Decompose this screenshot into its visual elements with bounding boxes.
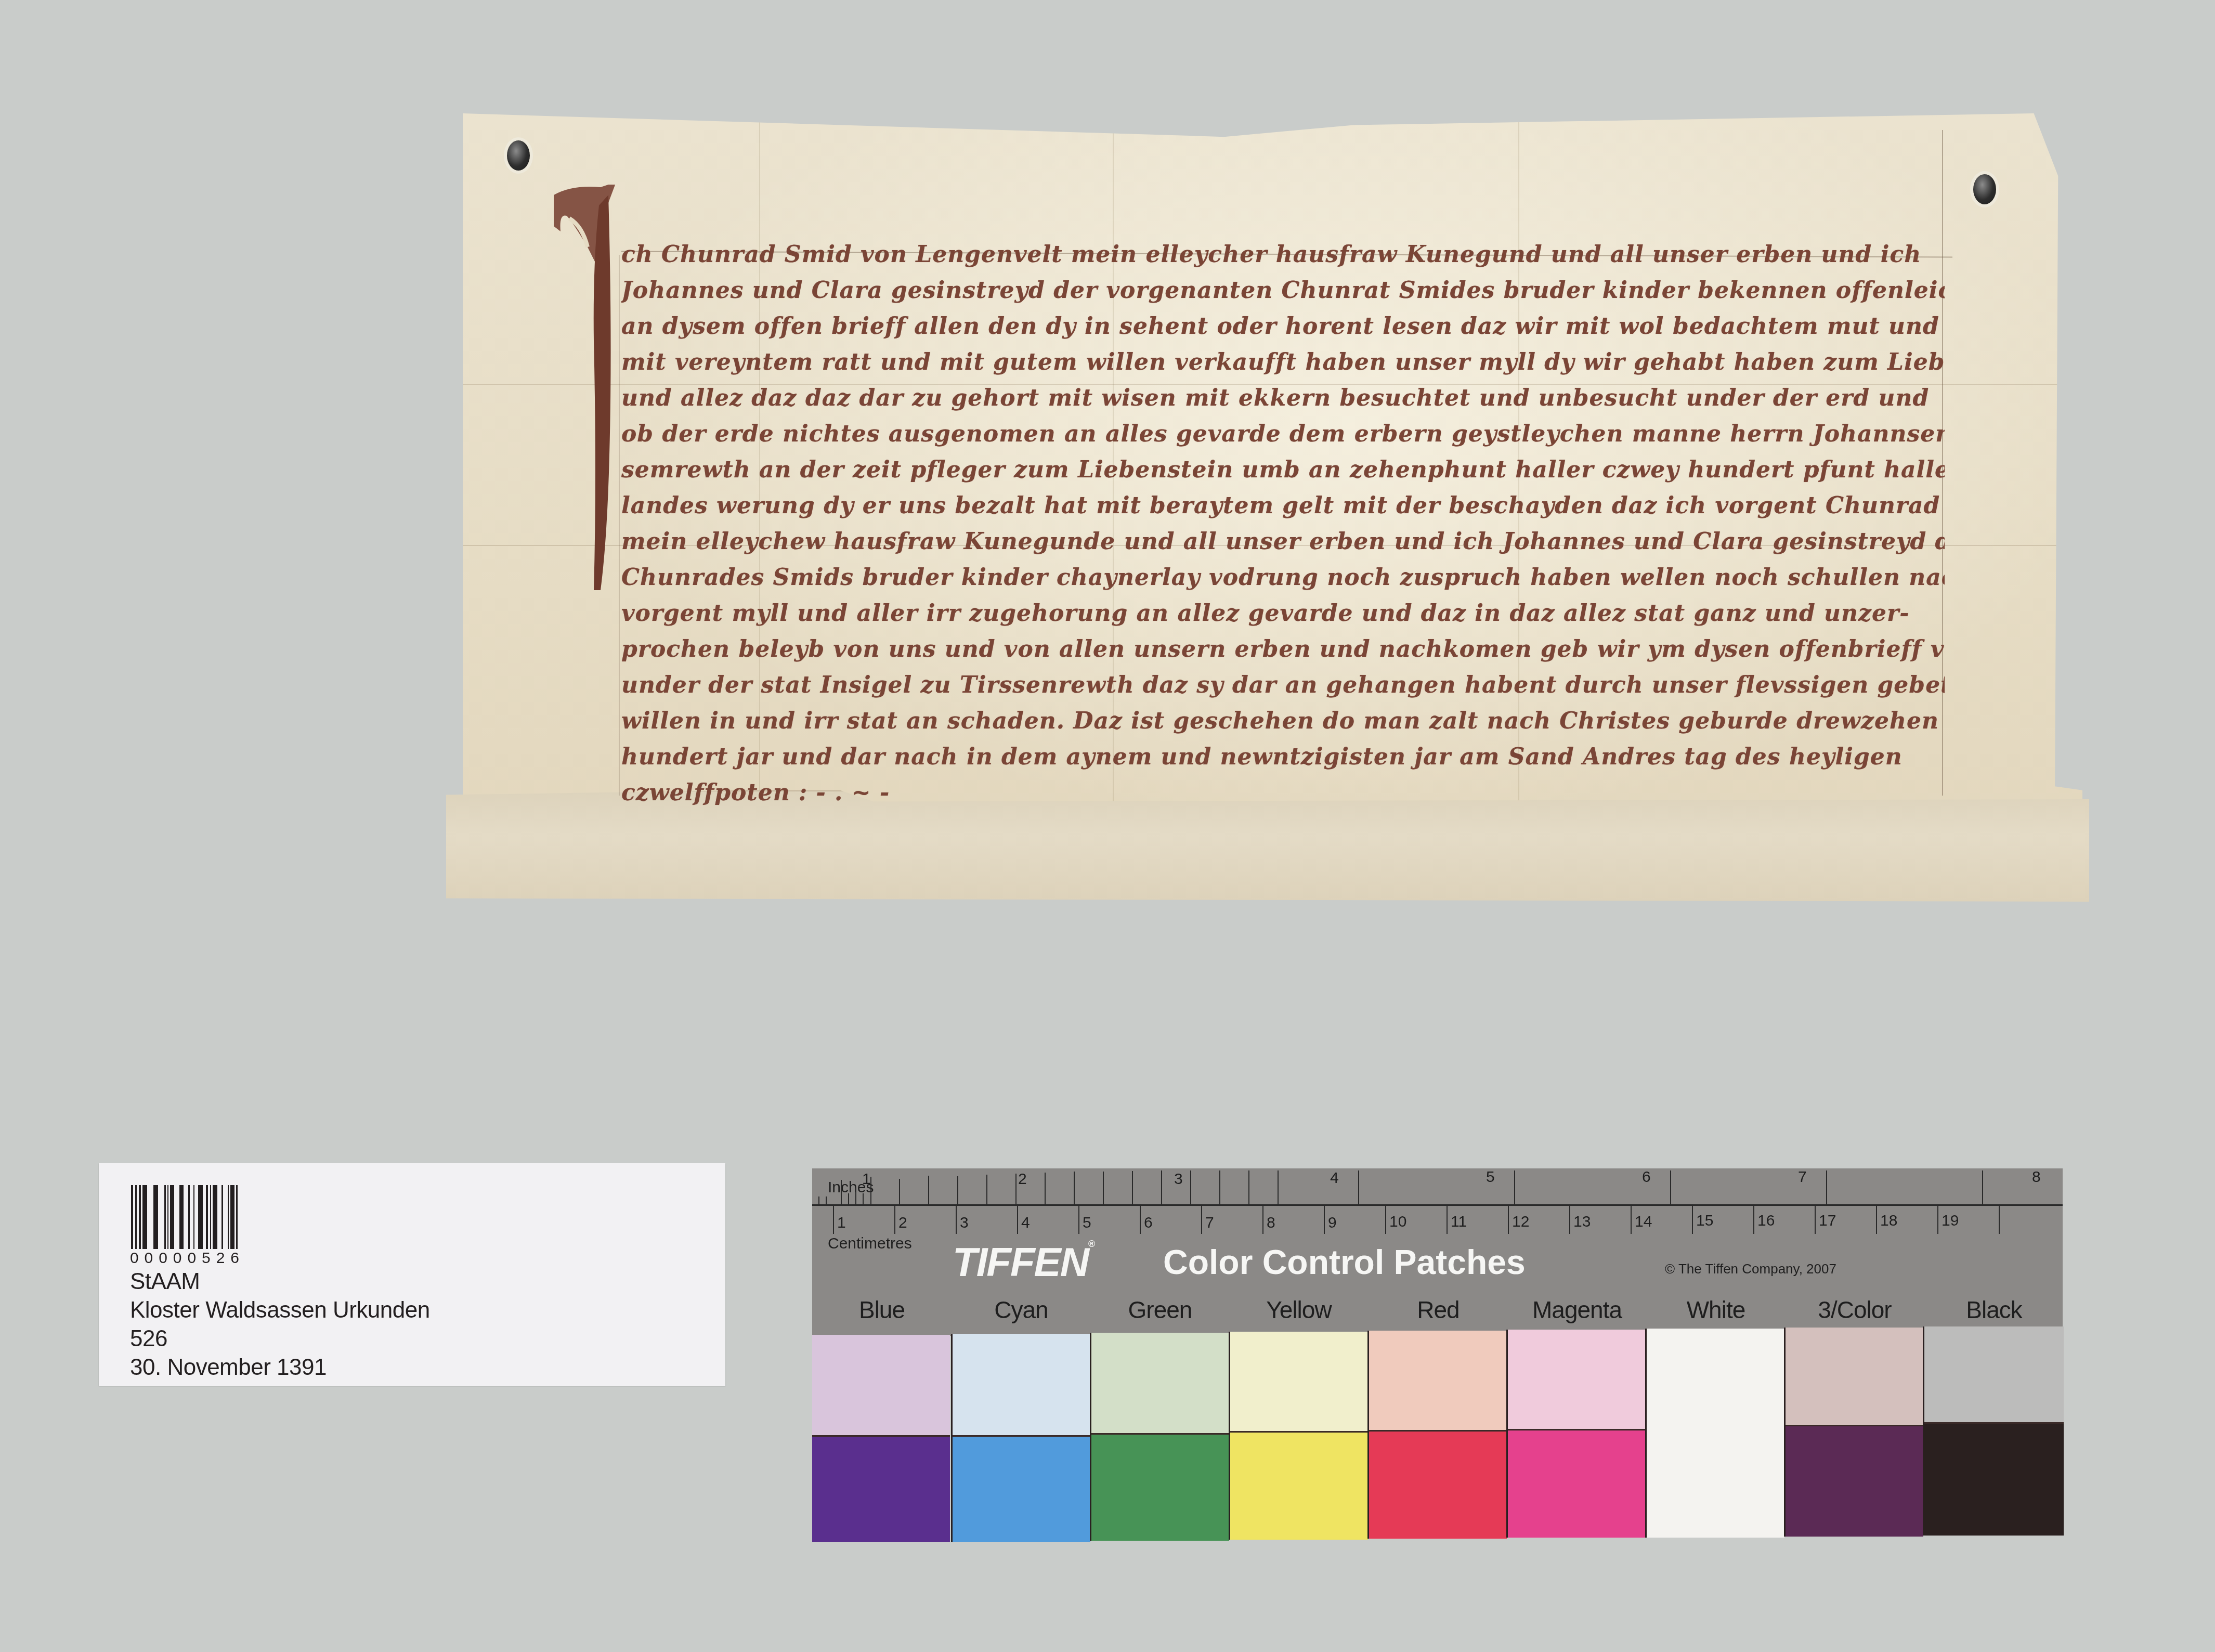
charter-line: und allez daz daz dar zu gehort mit wise… <box>621 380 1945 416</box>
mounting-pin-icon <box>507 140 530 171</box>
cm-mark: 14 <box>1635 1213 1652 1231</box>
chart-title: Color Control Patches <box>1163 1242 1526 1282</box>
cm-mark: 6 <box>1144 1214 1153 1232</box>
barcode-digit: 5 <box>202 1250 211 1267</box>
barcode-digit: 0 <box>187 1250 196 1267</box>
inch-mark: 1 <box>862 1170 871 1188</box>
inch-mark: 4 <box>1330 1169 1339 1187</box>
inch-mark: 8 <box>2032 1168 2041 1186</box>
charter-line: mit vereyntem ratt und mit gutem willen … <box>621 344 1945 380</box>
patch-name-3color: 3/Color <box>1785 1296 1924 1324</box>
decorated-initial-icon <box>551 185 624 595</box>
inch-mark: 6 <box>1642 1168 1651 1186</box>
patch-name-white: White <box>1646 1296 1786 1324</box>
patch-name-magenta: Magenta <box>1507 1296 1647 1324</box>
charter-line: landes werung dy er uns bezalt hat mit b… <box>621 488 1945 524</box>
cm-mark: 15 <box>1696 1212 1713 1230</box>
patch-name-yellow: Yellow <box>1229 1296 1369 1324</box>
cm-mark: 2 <box>898 1214 907 1232</box>
cm-mark: 11 <box>1451 1213 1467 1231</box>
charter-line: czwelffpoten : - . ~ - <box>621 775 1089 811</box>
cm-mark: 17 <box>1819 1212 1836 1230</box>
document-date: 30. November 1391 <box>130 1355 327 1381</box>
charter-line: Johannes und Clara gesinstreyd der vorge… <box>621 272 1945 308</box>
barcode-number: 0 0 0 0 0 5 2 6 <box>130 1250 239 1267</box>
cm-mark: 18 <box>1880 1212 1897 1230</box>
charter-line: mein elleychew hausfraw Kunegunde und al… <box>621 524 1945 560</box>
charter-line: ob der erde nichtes ausgenomen an alles … <box>621 416 1945 452</box>
patch-name-cyan: Cyan <box>952 1296 1091 1324</box>
charter-line: vorgent myll und aller irr zugehorung an… <box>621 595 1945 631</box>
cm-mark: 8 <box>1267 1214 1275 1232</box>
brand-name: TIFFEN <box>953 1239 1088 1285</box>
cm-mark: 4 <box>1021 1214 1030 1232</box>
charter-line: under der stat Insigel zu Tirssenrewth d… <box>621 667 1945 703</box>
patch-name-green: Green <box>1090 1296 1230 1324</box>
cm-mark: 5 <box>1083 1214 1091 1232</box>
patch-white <box>1645 1329 1784 1538</box>
tiffen-logo: TIFFEN® <box>953 1239 1094 1286</box>
patch-name-blue: Blue <box>812 1296 952 1324</box>
cm-mark: 16 <box>1757 1212 1775 1230</box>
cm-mark: 7 <box>1205 1214 1214 1232</box>
charter-line: ch Chunrad Smid von Lengenvelt mein elle… <box>621 237 1945 272</box>
patch-green <box>1090 1333 1229 1541</box>
barcode-digit: 6 <box>230 1250 239 1267</box>
document-number: 526 <box>130 1326 167 1352</box>
centimetres-label: Centimetres <box>828 1235 912 1253</box>
barcode-digit: 0 <box>173 1250 182 1267</box>
barcode-digit: 0 <box>130 1250 139 1267</box>
ruler-axis <box>812 1204 2063 1206</box>
barcode-digit: 0 <box>159 1250 167 1267</box>
mounting-pin-icon <box>1973 174 1996 204</box>
charter-line: prochen beleyb von uns und von allen uns… <box>621 631 1945 667</box>
color-control-chart: Inches 1 2 3 4 5 6 7 8 <box>812 1168 2063 1543</box>
patch-name-red: Red <box>1369 1296 1508 1324</box>
cm-mark: 13 <box>1573 1213 1591 1231</box>
patch-black <box>1923 1326 2064 1536</box>
cm-mark: 3 <box>960 1214 969 1232</box>
cm-mark: 1 <box>837 1214 846 1232</box>
patch-3color <box>1784 1328 1923 1537</box>
charter-text: ch Chunrad Smid von Lengenvelt mein elle… <box>621 237 1945 811</box>
patch-yellow <box>1229 1332 1368 1540</box>
charter-line: hundert jar und dar nach in dem aynem un… <box>621 739 1945 775</box>
barcode <box>131 1185 238 1249</box>
archive-name: StAAM <box>130 1269 200 1295</box>
barcode-digit: 0 <box>145 1250 153 1267</box>
charter-line: willen in und irr stat an schaden. Daz i… <box>621 703 1945 739</box>
chart-header: Inches 1 2 3 4 5 6 7 8 <box>812 1168 2063 1336</box>
inch-mark: 7 <box>1798 1168 1807 1186</box>
barcode-digit: 2 <box>216 1250 225 1267</box>
charter-line: an dysem offen brieff allen den dy in se… <box>621 308 1945 344</box>
inch-mark: 2 <box>1018 1170 1027 1188</box>
inch-mark: 5 <box>1486 1168 1495 1186</box>
patch-magenta <box>1506 1330 1646 1538</box>
patch-name-black: Black <box>1924 1296 2064 1324</box>
archive-label: 0 0 0 0 0 5 2 6 StAAM Kloster Waldsassen… <box>99 1163 725 1386</box>
cm-mark: 12 <box>1512 1213 1529 1231</box>
collection-name: Kloster Waldsassen Urkunden <box>130 1297 430 1323</box>
cm-mark: 10 <box>1389 1213 1406 1231</box>
patch-cyan <box>951 1334 1090 1542</box>
patch-blue <box>812 1335 950 1542</box>
cm-mark: 9 <box>1328 1214 1337 1232</box>
charter-line: semrewth an der zeit pfleger zum Liebens… <box>621 452 1945 488</box>
patch-red <box>1367 1331 1507 1539</box>
cm-mark: 19 <box>1942 1212 1959 1230</box>
copyright-text: © The Tiffen Company, 2007 <box>1665 1261 1836 1277</box>
inch-mark: 3 <box>1174 1170 1183 1188</box>
charter-line: Chunrades Smids bruder kinder chaynerlay… <box>621 560 1945 595</box>
registered-mark: ® <box>1088 1239 1094 1249</box>
